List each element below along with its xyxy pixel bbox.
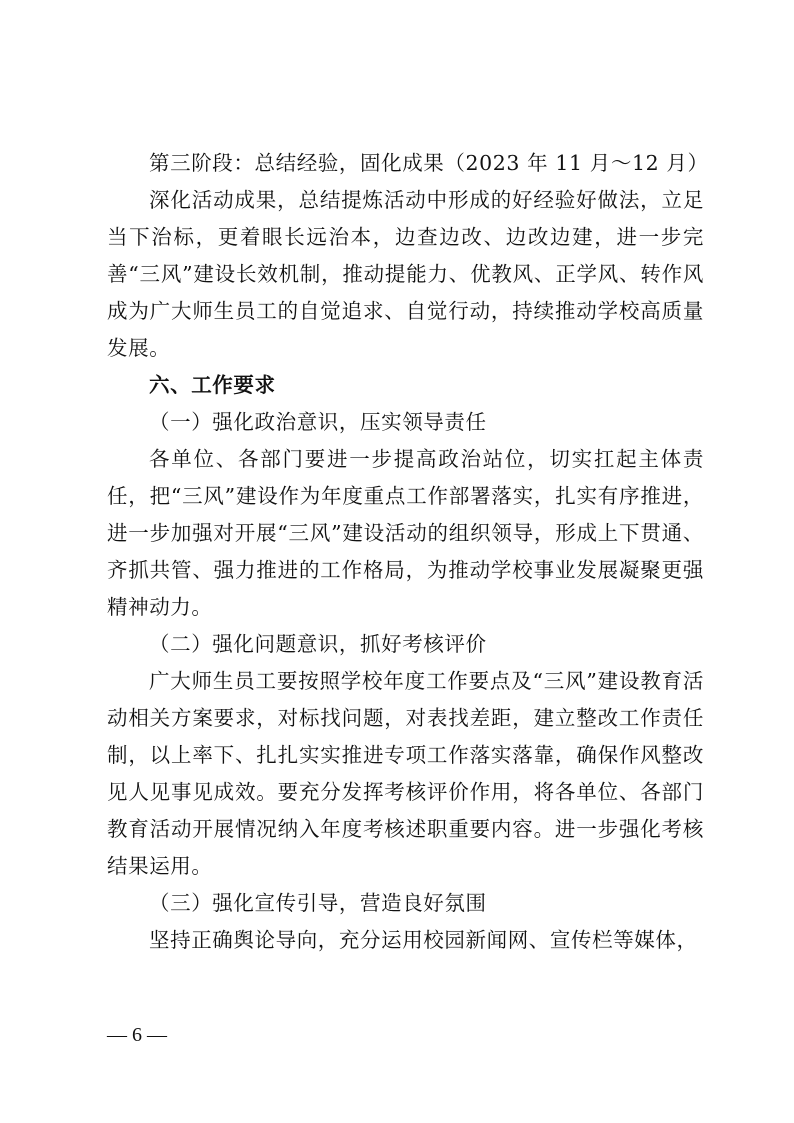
- sub2-body: 广大师生员工要按照学校年度工作要点及“三风”建设教育活动相关方案要求，对标找问题…: [107, 663, 704, 885]
- page-number: — 6 —: [107, 1024, 167, 1047]
- sub2-title: （二）强化问题意识，抓好考核评价: [107, 626, 704, 663]
- stage3-body: 深化活动成果，总结提炼活动中形成的好经验好做法，立足当下治标，更着眼长远治本，边…: [107, 182, 704, 367]
- sub1-body: 各单位、各部门要进一步提高政治站位，切实扛起主体责任，把“三风”建设作为年度重点…: [107, 441, 704, 626]
- section6-title: 六、工作要求: [107, 367, 704, 404]
- sub1-title: （一）强化政治意识，压实领导责任: [107, 404, 704, 441]
- sub3-body: 坚持正确舆论导向，充分运用校园新闻网、宣传栏等媒体，: [107, 922, 704, 959]
- document-page: 第三阶段：总结经验，固化成果（2023 年 11 月～12 月） 深化活动成果，…: [107, 145, 704, 959]
- sub3-title: （三）强化宣传引导，营造良好氛围: [107, 885, 704, 922]
- stage3-title: 第三阶段：总结经验，固化成果（2023 年 11 月～12 月）: [107, 145, 704, 182]
